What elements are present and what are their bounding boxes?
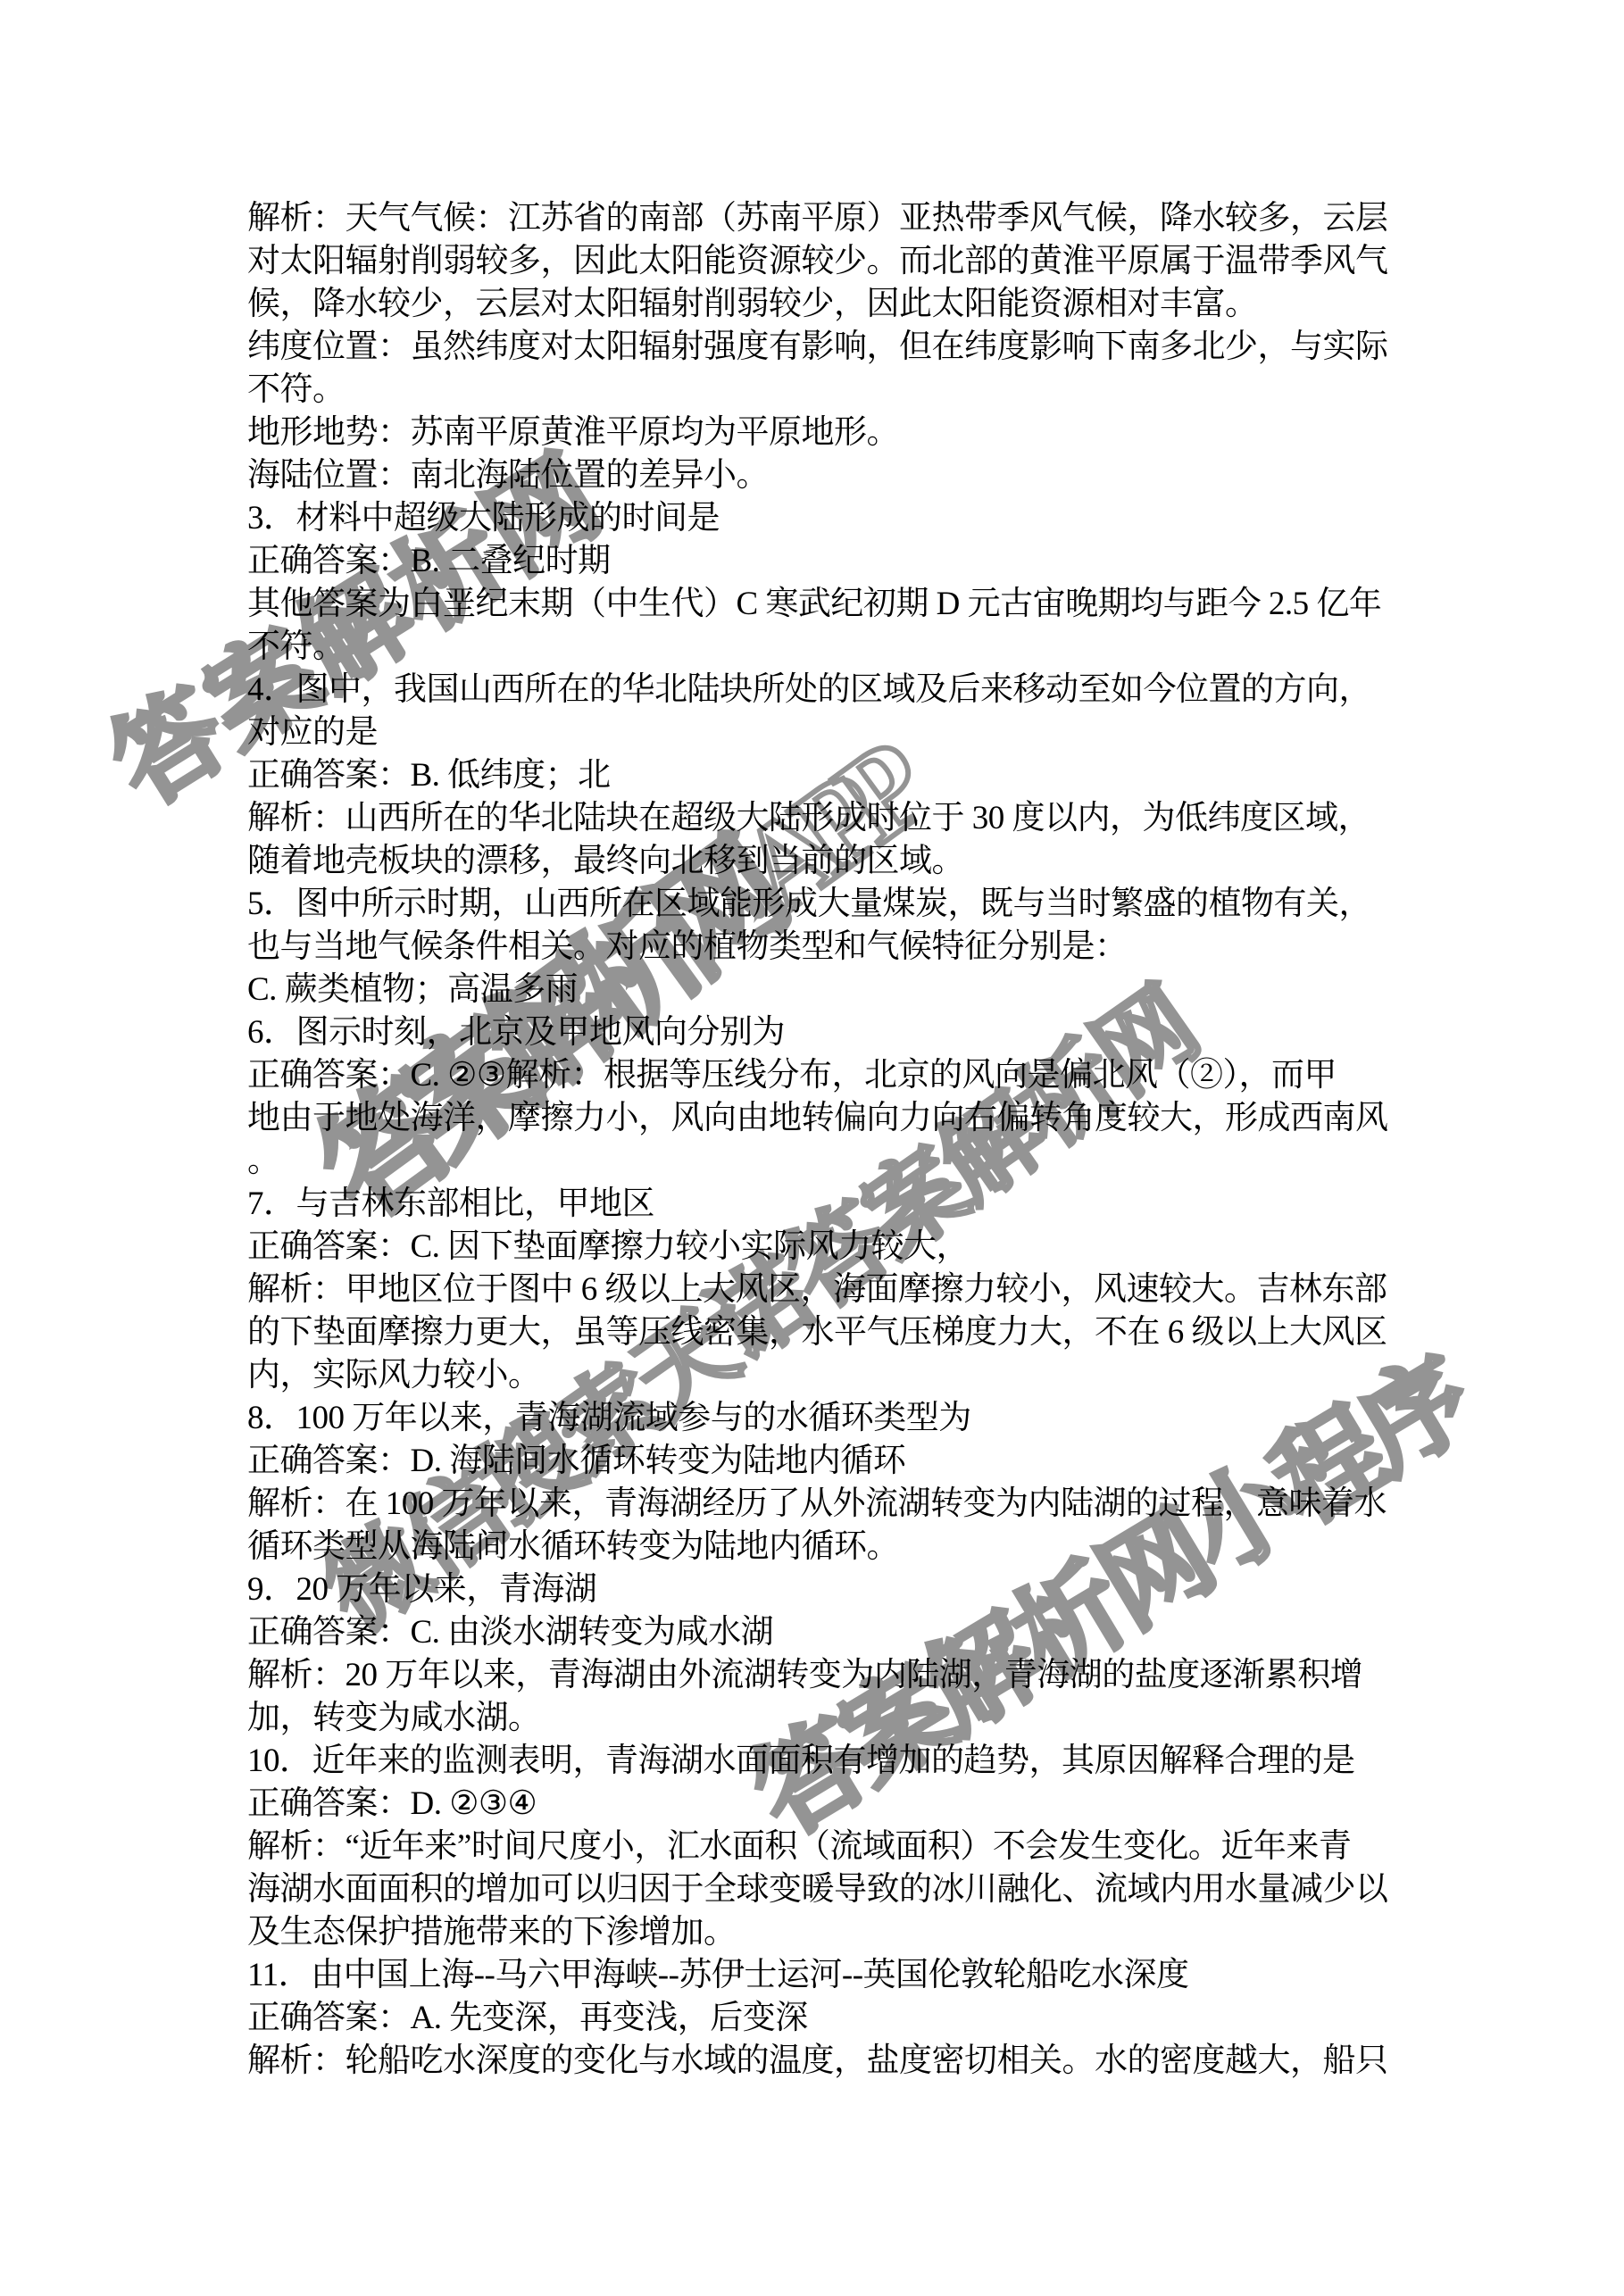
text-line: 3．材料中超级大陆形成的时间是 xyxy=(247,497,1435,540)
text-line: 9．20 万年以来，青海湖 xyxy=(247,1568,1435,1611)
text-line: 解析：20 万年以来，青海湖由外流湖转变为内陆湖，青海湖的盐度逐渐累积增 xyxy=(247,1654,1435,1697)
text-line: 内，实际风力较小。 xyxy=(247,1354,1435,1397)
text-line: 其他答案为白垩纪末期（中生代）C 寒武纪初期 D 元古宙晚期均与距今 2.5 亿… xyxy=(247,583,1435,626)
text-line: 纬度位置：虽然纬度对太阳辐射强度有影响，但在纬度影响下南多北少，与实际 xyxy=(247,326,1435,369)
text-line: 海湖水面面积的增加可以归因于全球变暖导致的冰川融化、流域内用水量减少以 xyxy=(247,1868,1435,1911)
text-line: 解析：“近年来”时间尺度小，汇水面积（流域面积）不会发生变化。近年来青 xyxy=(247,1826,1435,1868)
text-line: 7．与吉林东部相比，甲地区 xyxy=(247,1183,1435,1226)
text-line: 候，降水较少，云层对太阳辐射削弱较少，因此太阳能资源相对丰富。 xyxy=(247,283,1435,326)
text-line: 也与当地气候条件相关。对应的植物类型和气候特征分别是： xyxy=(247,926,1435,969)
text-line: 6．图示时刻，北京及甲地风向分别为 xyxy=(247,1011,1435,1054)
text-line: 正确答案：C. 因下垫面摩擦力较小实际风力较大， xyxy=(247,1226,1435,1269)
text-line: 对应的是 xyxy=(247,711,1435,754)
text-line: 5．图中所示时期，山西所在区域能形成大量煤炭，既与当时繁盛的植物有关， xyxy=(247,883,1435,926)
text-line: 解析：甲地区位于图中 6 级以上大风区，海面摩擦力较小，风速较大。吉林东部 xyxy=(247,1269,1435,1311)
text-line: 的下垫面摩擦力更大，虽等压线密集，水平气压梯度力大，不在 6 级以上大风区 xyxy=(247,1311,1435,1354)
document-text: 解析：天气气候：江苏省的南部（苏南平原）亚热带季风气候，降水较多，云层对太阳辐射… xyxy=(247,197,1435,2083)
text-line: 正确答案：D. 海陆间水循环转变为陆地内循环 xyxy=(247,1440,1435,1483)
text-line: 正确答案：B. 二叠纪时期 xyxy=(247,540,1435,583)
text-line: 海陆位置：南北海陆位置的差异小。 xyxy=(247,454,1435,497)
text-line: 随着地壳板块的漂移，最终向北移到当前的区域。 xyxy=(247,840,1435,883)
text-line: 正确答案：B. 低纬度；北 xyxy=(247,754,1435,797)
text-line: C. 蕨类植物；高温多雨 xyxy=(247,969,1435,1011)
text-line: 地形地势：苏南平原黄淮平原均为平原地形。 xyxy=(247,412,1435,454)
text-line: 解析：天气气候：江苏省的南部（苏南平原）亚热带季风气候，降水较多，云层 xyxy=(247,197,1435,240)
text-line: 8．100 万年以来，青海湖流域参与的水循环类型为 xyxy=(247,1397,1435,1440)
text-line: 加，转变为咸水湖。 xyxy=(247,1697,1435,1740)
text-line: 正确答案：C. ②③解析：根据等压线分布，北京的风向是偏北风（②），而甲 xyxy=(247,1054,1435,1097)
text-line: 10．近年来的监测表明，青海湖水面面积有增加的趋势，其原因解释合理的是 xyxy=(247,1740,1435,1783)
text-line: 正确答案：D. ②③④ xyxy=(247,1783,1435,1826)
text-line: 。 xyxy=(247,1140,1435,1183)
text-line: 11．由中国上海--马六甲海峡--苏伊士运河--英国伦敦轮船吃水深度 xyxy=(247,1954,1435,1997)
text-line: 解析：在 100 万年以来，青海湖经历了从外流湖转变为内陆湖的过程，意味着水 xyxy=(247,1483,1435,1526)
text-line: 及生态保护措施带来的下渗增加。 xyxy=(247,1911,1435,1954)
text-line: 对太阳辐射削弱较多，因此太阳能资源较少。而北部的黄淮平原属于温带季风气 xyxy=(247,240,1435,283)
document-page: 答案解析网答案解析网APP微信搜索天诺答案解析网答案解析网小程序 解析：天气气候… xyxy=(0,0,1624,2296)
text-line: 正确答案：A. 先变深，再变浅，后变深 xyxy=(247,1997,1435,2040)
text-line: 解析：轮船吃水深度的变化与水域的温度，盐度密切相关。水的密度越大，船只 xyxy=(247,2040,1435,2083)
text-line: 不符。 xyxy=(247,369,1435,412)
text-line: 正确答案：C. 由淡水湖转变为咸水湖 xyxy=(247,1611,1435,1654)
text-line: 循环类型从海陆间水循环转变为陆地内循环。 xyxy=(247,1526,1435,1568)
text-line: 4．图中，我国山西所在的华北陆块所处的区域及后来移动至如今位置的方向， xyxy=(247,669,1435,711)
text-line: 地由于地处海洋，摩擦力小，风向由地转偏向力向右偏转角度较大，形成西南风 xyxy=(247,1097,1435,1140)
text-line: 不符。 xyxy=(247,626,1435,669)
text-line: 解析：山西所在的华北陆块在超级大陆形成时位于 30 度以内，为低纬度区域， xyxy=(247,797,1435,840)
